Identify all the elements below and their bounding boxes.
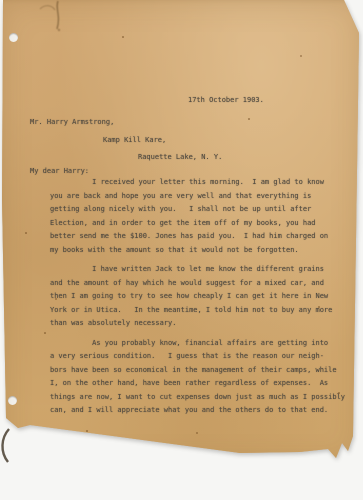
foxing-speck xyxy=(44,332,46,334)
foxing-speck xyxy=(140,250,142,252)
scanned-letter: 17th October 1903. Mr. Harry Armstrong, … xyxy=(0,0,363,500)
foxing-speck xyxy=(300,55,302,57)
foxing-speck xyxy=(196,432,198,434)
foxing-speck xyxy=(248,118,250,120)
letter-line: bors have been so economical in the mana… xyxy=(50,364,356,378)
paragraph: As you probably know, financial affairs … xyxy=(50,337,356,418)
date-line: 17th October 1903. xyxy=(188,96,264,104)
letter-line: getting along nicely with you. I shall n… xyxy=(50,203,356,217)
foxing-speck xyxy=(55,298,57,300)
hole-punch-top xyxy=(9,33,18,42)
foxing-speck xyxy=(25,232,27,234)
letter-line: you are back and hope you are very well … xyxy=(50,190,356,204)
letter-line: my books with the amount so that it woul… xyxy=(50,244,356,258)
letter-line: York or in Utica. In the meantime, I tol… xyxy=(50,304,356,318)
letter-line: and the amount of hay which he would sug… xyxy=(50,277,356,291)
paragraph: I received your letter this morning. I a… xyxy=(50,176,356,257)
paragraph: I have written Jack to let me know the d… xyxy=(50,263,356,331)
address-line-1: Mr. Harry Armstrong, xyxy=(30,118,114,126)
salutation: My dear Harry: xyxy=(30,167,89,175)
paper: 17th October 1903. Mr. Harry Armstrong, … xyxy=(0,0,363,466)
letter-line: than was absolutely necessary. xyxy=(50,317,356,331)
letter-line: I, on the other hand, have been rather r… xyxy=(50,377,356,391)
letter-body: I received your letter this morning. I a… xyxy=(50,176,356,424)
ink-smudge xyxy=(28,0,78,32)
address-line-3: Raquette Lake, N. Y. xyxy=(138,153,222,161)
foxing-speck xyxy=(86,430,88,432)
address-line-2: Kamp Kill Kare, xyxy=(103,136,166,144)
foxing-speck xyxy=(122,36,124,38)
letter-line: I received your letter this morning. I a… xyxy=(50,176,356,190)
paper-shadow-wrap: 17th October 1903. Mr. Harry Armstrong, … xyxy=(0,0,363,500)
letter-line: then I am going to try to see how cheapl… xyxy=(50,290,356,304)
foxing-speck xyxy=(318,306,320,308)
letter-line: As you probably know, financial affairs … xyxy=(50,337,356,351)
letter-line: things are now, I want to cut expenses d… xyxy=(50,391,356,405)
letter-line: Election, and in order to get the item o… xyxy=(50,217,356,231)
letter-line: better send me the $100. Jones has paid … xyxy=(50,230,356,244)
letter-line: a very serious condition. I guess that i… xyxy=(50,350,356,364)
hole-punch-bottom xyxy=(8,396,17,405)
letter-line: can, and I will appreciate what you and … xyxy=(50,404,356,418)
foxing-speck xyxy=(338,392,340,394)
letter-line: I have written Jack to let me know the d… xyxy=(50,263,356,277)
paper-curl-mark xyxy=(0,428,14,464)
